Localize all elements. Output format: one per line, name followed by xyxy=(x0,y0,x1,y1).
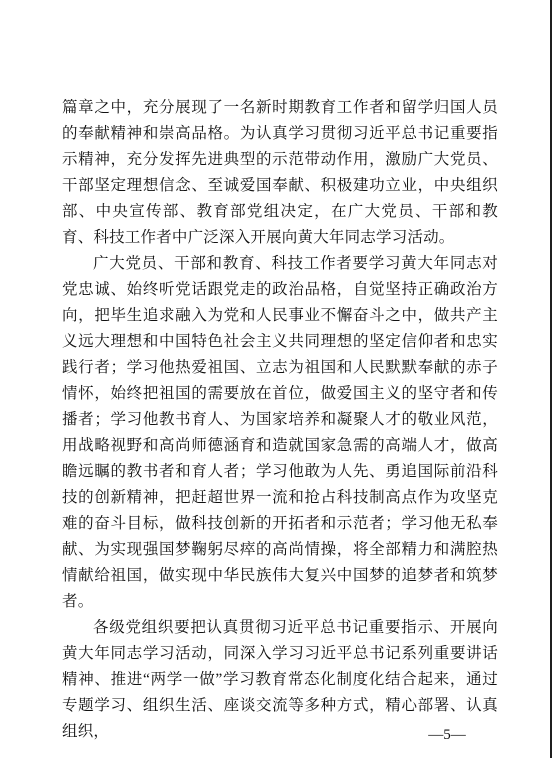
paragraph-study-requirements: 广大党员、干部和教育、科技工作者要学习黄大年同志对党忠诚、始终听党话跟党走的政治… xyxy=(62,251,498,615)
paragraph-continuation: 篇章之中，充分展现了一名新时期教育工作者和留学归国人员的奉献精神和崇高品格。为认… xyxy=(62,95,498,251)
scan-edge-line xyxy=(550,0,552,758)
document-page: 篇章之中，充分展现了一名新时期教育工作者和留学归国人员的奉献精神和崇高品格。为认… xyxy=(0,0,556,758)
page-number: —5— xyxy=(424,726,470,744)
document-body: 篇章之中，充分展现了一名新时期教育工作者和留学归国人员的奉献精神和崇高品格。为认… xyxy=(62,95,498,745)
